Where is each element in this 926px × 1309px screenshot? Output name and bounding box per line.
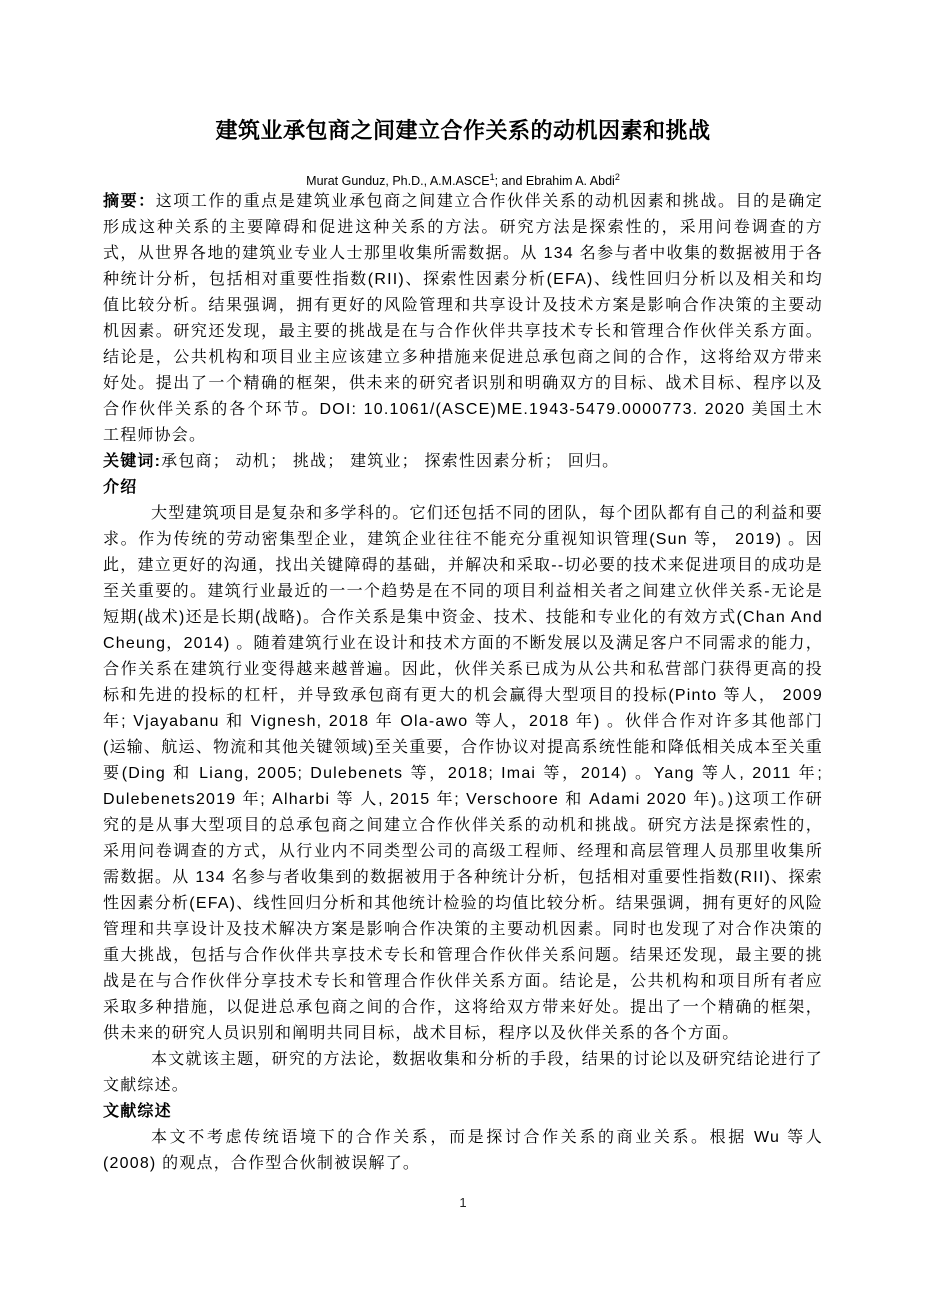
- author-name-2: ; and Ebrahim A. Abdi: [495, 174, 615, 188]
- document-page: 建筑业承包商之间建立合作关系的动机因素和挑战 Murat Gunduz, Ph.…: [0, 0, 926, 1309]
- introduction-paragraph-2: 本文就该主题，研究的方法论，数据收集和分析的手段，结果的讨论以及研究结论进行了文…: [103, 1047, 823, 1099]
- section-heading-literature-review: 文献综述: [103, 1099, 823, 1125]
- literature-review-paragraph-1: 本文不考虑传统语境下的合作关系，而是探讨合作关系的商业关系。根据 Wu 等人(2…: [103, 1125, 823, 1177]
- keywords-label: 关键词:: [103, 453, 161, 470]
- paper-title: 建筑业承包商之间建立合作关系的动机因素和挑战: [103, 116, 823, 146]
- keywords-text: 承包商； 动机； 挑战； 建筑业； 探索性因素分析； 回归。: [161, 453, 619, 470]
- keywords-line: 关键词:承包商； 动机； 挑战； 建筑业； 探索性因素分析； 回归。: [103, 449, 823, 475]
- author-2-affiliation-superscript: 2: [615, 172, 620, 182]
- section-heading-introduction: 介绍: [103, 475, 823, 501]
- authors-line: Murat Gunduz, Ph.D., A.M.ASCE1; and Ebra…: [103, 173, 823, 189]
- author-name-1: Murat Gunduz, Ph.D., A.M.ASCE: [306, 174, 489, 188]
- page-number: 1: [0, 1194, 926, 1212]
- abstract-paragraph: 摘要：这项工作的重点是建筑业承包商之间建立合作伙伴关系的动机因素和挑战。目的是确…: [103, 189, 823, 449]
- abstract-text: 这项工作的重点是建筑业承包商之间建立合作伙伴关系的动机因素和挑战。目的是确定形成…: [103, 193, 823, 444]
- introduction-paragraph-1: 大型建筑项目是复杂和多学科的。它们还包括不同的团队，每个团队都有自己的利益和要求…: [103, 501, 823, 1047]
- abstract-label: 摘要：: [103, 193, 156, 210]
